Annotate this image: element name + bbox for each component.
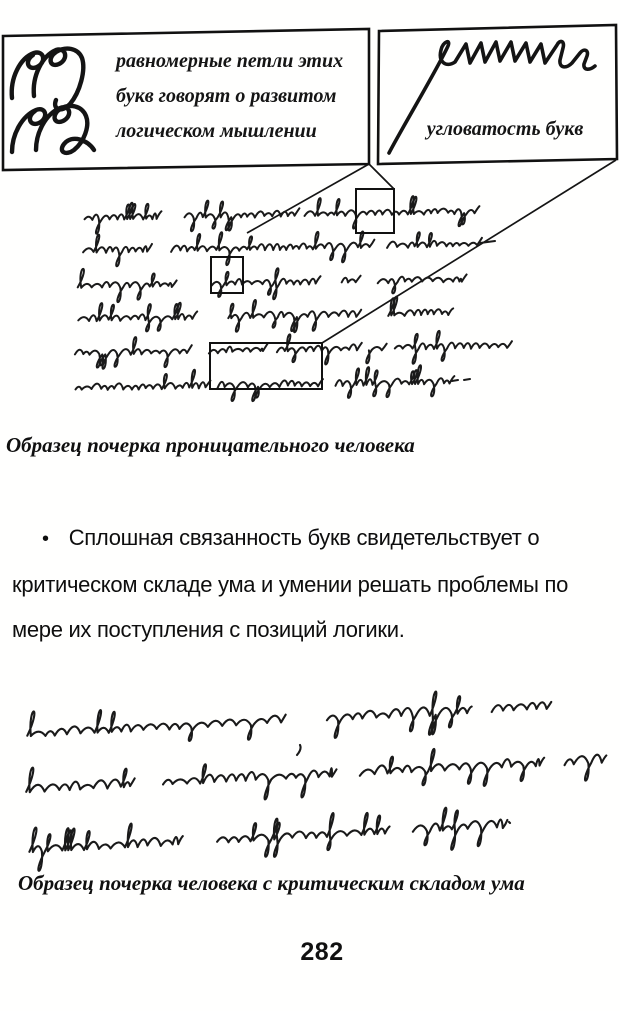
paragraph-line: •Сплошная связанность букв свидетельству… — [12, 515, 612, 562]
callout-line-leftbox-to-text — [247, 164, 369, 233]
handwriting-line — [28, 803, 509, 872]
paragraph-text: Сплошная связанность букв свидетельствуе… — [69, 525, 540, 550]
handwriting-line — [83, 228, 483, 268]
book-page: равномерные петли этих букв говорят о ра… — [0, 0, 620, 1011]
bullet-marker: • — [42, 517, 49, 562]
left-box-label-line: логическом мышлении — [116, 114, 368, 149]
handwriting-sample-1-punctuation — [452, 241, 495, 381]
handwriting-line — [77, 262, 467, 303]
handwriting-sample-2-punctuation — [297, 745, 510, 823]
left-box-loop-letters-drawing — [12, 49, 94, 153]
handwriting-line — [26, 684, 553, 755]
callout-line-rightbox-to-highlight — [322, 160, 616, 343]
handwriting-line — [25, 738, 608, 812]
bullet-paragraph: •Сплошная связанность букв свидетельству… — [12, 515, 612, 652]
paragraph-line: мере их поступления с позиций логики. — [12, 607, 612, 652]
callout-line-leftbox-to-highlight — [369, 164, 394, 189]
loop-letters-upper — [12, 49, 84, 110]
paragraph-line: критическом складе ума и умении решать п… — [12, 562, 612, 607]
left-box-label-line: равномерные петли этих — [116, 44, 368, 79]
handwriting-line — [78, 296, 454, 337]
handwriting-line — [84, 195, 479, 234]
page-number: 282 — [0, 939, 620, 965]
right-annotation-box-label: угловатость букв — [398, 116, 612, 142]
loop-letters-lower — [12, 106, 94, 153]
handwriting-sample-1 — [72, 194, 513, 404]
sample-2-caption: Образец почерка человека с критическим с… — [18, 870, 608, 896]
highlight-box-loops-line1 — [356, 189, 394, 233]
handwriting-line — [75, 365, 455, 404]
sample-1-caption: Образец почерка проницательного человека — [6, 432, 566, 458]
left-box-label-line: букв говорят о развитом — [116, 79, 368, 114]
handwriting-sample-2 — [22, 682, 611, 872]
page-artwork — [0, 0, 620, 1011]
handwriting-line — [75, 330, 513, 370]
left-annotation-box-label: равномерные петли этих букв говорят о ра… — [116, 44, 368, 149]
